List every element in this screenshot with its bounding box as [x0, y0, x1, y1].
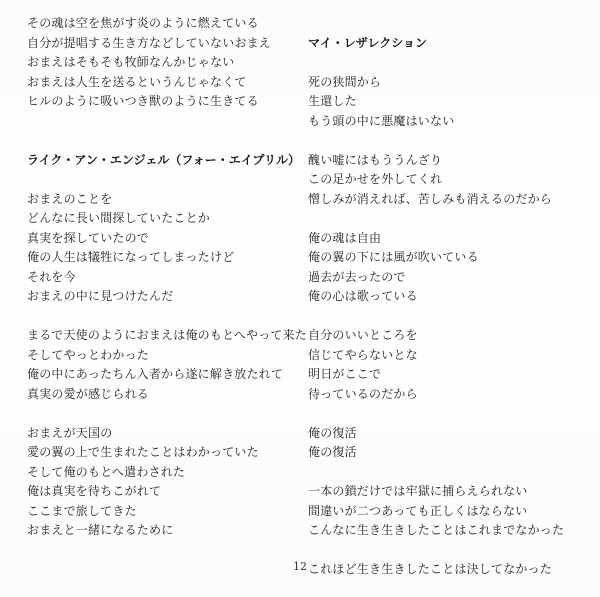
- lyric-line: 一本の鎖だけでは牢獄に捕らえられない: [308, 482, 593, 502]
- stanza: まるで天使のようにおまえは俺のもとへやって来た そしてやっとわかった 俺の中にあ…: [27, 326, 297, 404]
- stanza: 俺の復活 俺の復活: [308, 424, 593, 463]
- lyric-line: ヒルのように吸いつき獣のように生きてる: [27, 92, 297, 112]
- stanza: 醜い嘘にはもううんざり この足かせを外してくれ 憎しみが消えれば、苦しみも消える…: [308, 151, 593, 210]
- stanza: 死の狭間から 生還した もう頭の中に悪魔はいない: [308, 73, 593, 132]
- lyric-line: そして俺のもとへ遣わされた: [27, 463, 297, 483]
- lyric-line: 待っているのだから: [308, 385, 593, 405]
- lyric-line: 過去が去ったので: [308, 268, 593, 288]
- lyric-line: 俺の人生は犠牲になってしまったけど: [27, 248, 297, 268]
- lyric-line: 真実の愛が感じられる: [27, 385, 297, 405]
- lyric-line: もう頭の中に悪魔はいない: [308, 112, 593, 132]
- lyric-line: 俺の魂は自由: [308, 229, 593, 249]
- lyric-line: 俺の心は歌っている: [308, 287, 593, 307]
- lyric-line: まるで天使のようにおまえは俺のもとへやって来た: [27, 326, 297, 346]
- stanza: 一本の鎖だけでは牢獄に捕らえられない 間違いが二つあっても正しくはならない こん…: [308, 482, 593, 541]
- lyric-line: 醜い嘘にはもううんざり: [308, 151, 593, 171]
- lyrics-page: その魂は空を焦がす炎のように燃えている 自分が提唱する生き方などしていないおまえ…: [0, 0, 600, 597]
- lyric-line: おまえが天国の: [27, 424, 297, 444]
- lyric-line: 生還した: [308, 92, 593, 112]
- lyric-line: 俺の中にあったちん入者から遂に解き放たれて: [27, 365, 297, 385]
- song-title-like-an-angel: ライク・アン・エンジェル（フォー・エイプリル）: [27, 151, 297, 171]
- lyric-line: おまえは人生を送るというんじゃなくて: [27, 73, 297, 93]
- stanza: おまえのことを どんなに長い間探していたことか 真実を探していたので 俺の人生は…: [27, 190, 297, 307]
- lyric-line: 真実を探していたので: [27, 229, 297, 249]
- lyric-line: 愛の翼の上で生まれたことはわかっていた: [27, 443, 297, 463]
- lyric-line: 俺の復活: [308, 424, 593, 444]
- page-number: 12: [0, 560, 600, 573]
- lyric-line: この足かせを外してくれ: [308, 170, 593, 190]
- lyric-line: 俺の翼の下には風が吹いている: [308, 248, 593, 268]
- lyric-line: おまえと一緒になるために: [27, 521, 297, 541]
- lyric-line: 自分が提唱する生き方などしていないおまえ: [27, 34, 297, 54]
- lyric-line: それを今: [27, 268, 297, 288]
- stanza: 俺の魂は自由 俺の翼の下には風が吹いている 過去が去ったので 俺の心は歌っている: [308, 229, 593, 307]
- lyric-line: どんなに長い間探していたことか: [27, 209, 297, 229]
- right-column: マイ・レザレクション 死の狭間から 生還した もう頭の中に悪魔はいない 醜い嘘に…: [308, 14, 593, 580]
- lyric-line: 死の狭間から: [308, 73, 593, 93]
- song-title-my-resurrection: マイ・レザレクション: [308, 34, 593, 54]
- lyric-line: おまえはそもそも牧師なんかじゃない: [27, 53, 297, 73]
- stanza: おまえが天国の 愛の翼の上で生まれたことはわかっていた そして俺のもとへ遣わされ…: [27, 424, 297, 541]
- continued-stanza: その魂は空を焦がす炎のように燃えている 自分が提唱する生き方などしていないおまえ…: [27, 14, 297, 112]
- stanza: 自分のいいところを 信じてやらないとな 明日がここで 待っているのだから: [308, 326, 593, 404]
- lyric-line: おまえの中に見つけたんだ: [27, 287, 297, 307]
- lyric-line: 自分のいいところを: [308, 326, 593, 346]
- lyric-line: 俺は真実を待ちこがれて: [27, 482, 297, 502]
- lyric-line: 明日がここで: [308, 365, 593, 385]
- lyric-line: そしてやっとわかった: [27, 346, 297, 366]
- lyric-line: こんなに生き生きしたことはこれまでなかった: [308, 521, 593, 541]
- lyric-line: 俺の復活: [308, 443, 593, 463]
- lyric-line: おまえのことを: [27, 190, 297, 210]
- lyric-line: 間違いが二つあっても正しくはならない: [308, 502, 593, 522]
- lyric-line: その魂は空を焦がす炎のように燃えている: [27, 14, 297, 34]
- lyric-line: ここまで旅してきた: [27, 502, 297, 522]
- left-column: その魂は空を焦がす炎のように燃えている 自分が提唱する生き方などしていないおまえ…: [27, 14, 297, 541]
- lyric-line: 憎しみが消えれば、苦しみも消えるのだから: [308, 190, 593, 210]
- lyric-line: 信じてやらないとな: [308, 346, 593, 366]
